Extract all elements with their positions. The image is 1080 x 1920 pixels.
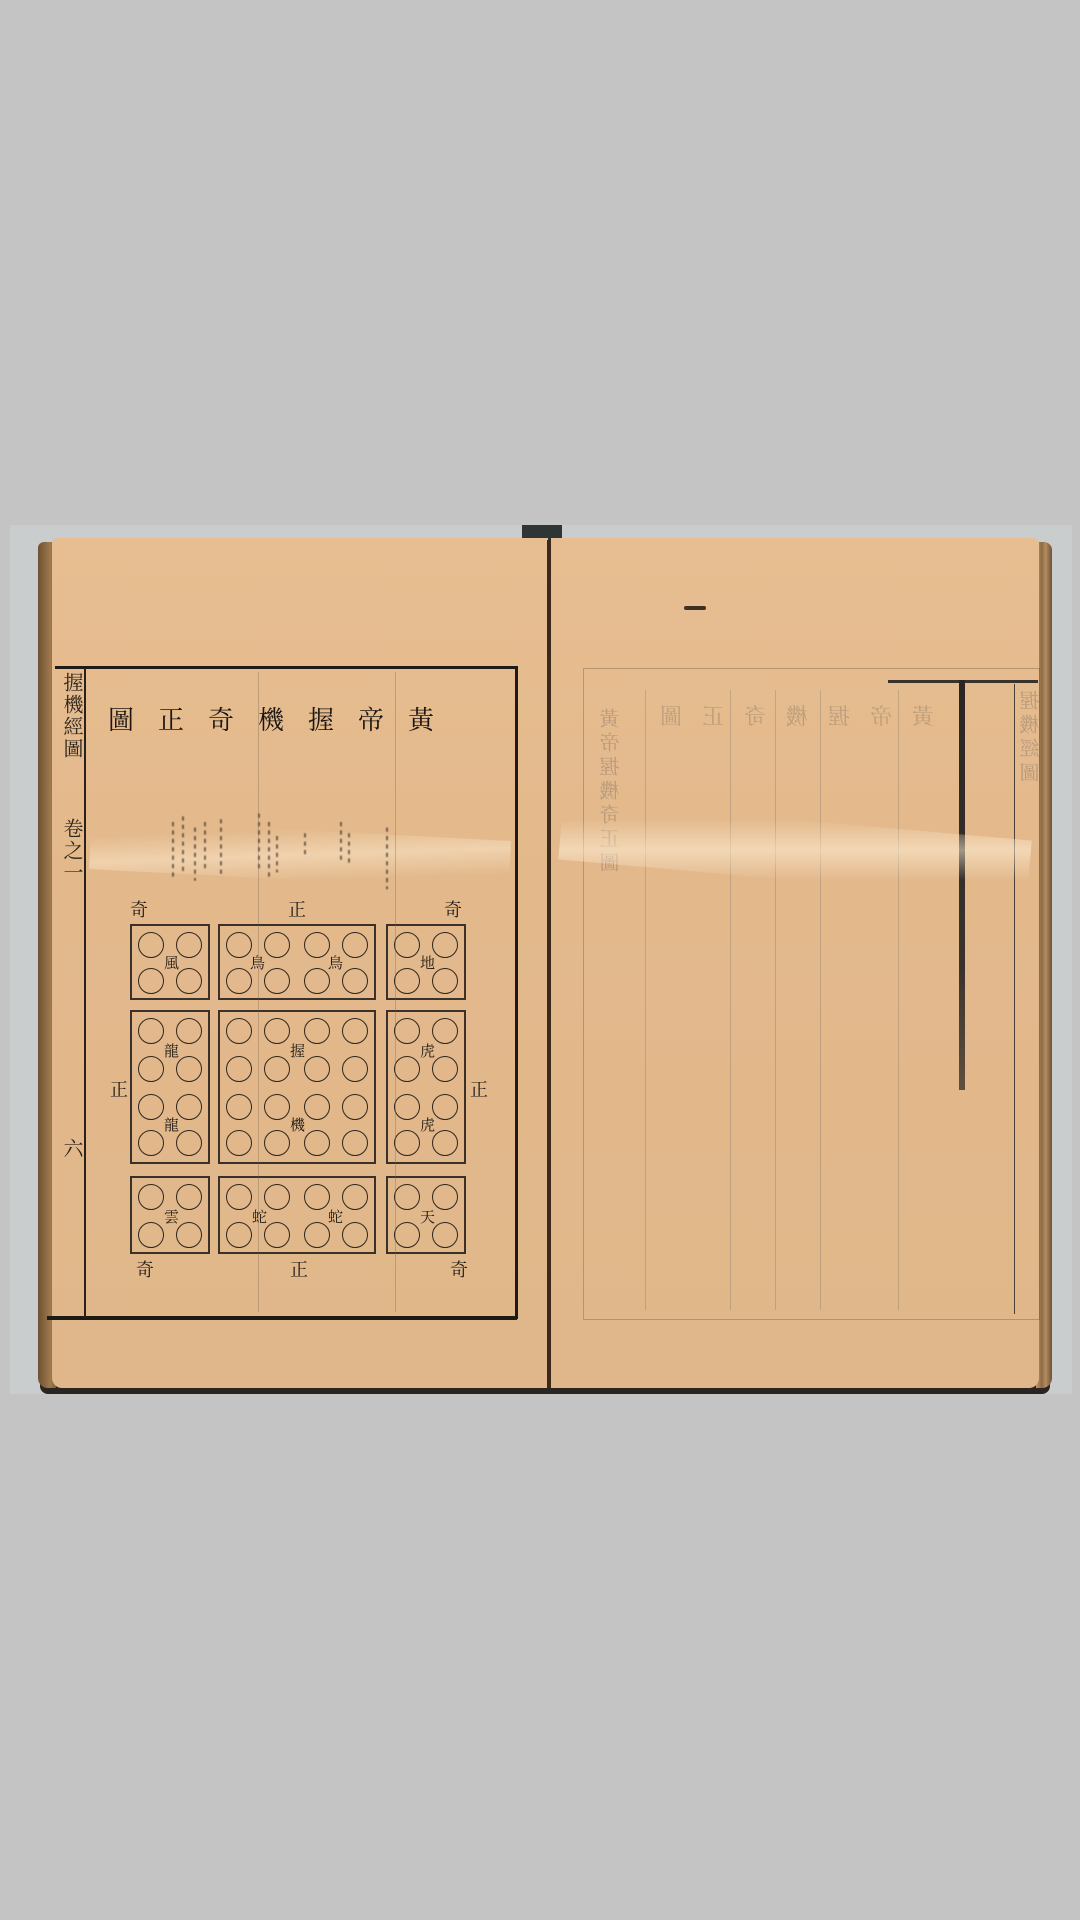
formation-block-command: 握 機 (218, 1010, 376, 1164)
formation-block-heaven: 天 (386, 1176, 466, 1254)
label-middle-right: 正 (470, 1076, 488, 1102)
block-label: 雲 (164, 1206, 179, 1227)
formation-block-tiger: 虎 虎 (386, 1010, 466, 1164)
bleed-through-title: 黃帝握機奇正圖 (640, 700, 934, 731)
block-label: 蛇 (328, 1206, 343, 1227)
ruling-line (898, 690, 899, 1310)
ruling-line (395, 672, 396, 1312)
label-bottom-left: 奇 (136, 1256, 154, 1282)
block-label: 虎 (420, 1040, 435, 1061)
block-label: 風 (164, 952, 179, 973)
label-bottom-right: 奇 (450, 1256, 468, 1282)
bleed-through-frame (583, 668, 1040, 1320)
block-label: 虎 (420, 1114, 435, 1135)
bleed-through-margin: 握機經圖 (1016, 690, 1045, 786)
block-label: 機 (290, 1114, 305, 1135)
label-bottom-center: 正 (290, 1256, 308, 1282)
frame-thin-vertical (1014, 684, 1015, 1314)
ruling-line (258, 672, 259, 1312)
ink-smudge (684, 606, 706, 610)
block-label: 龍 (164, 1114, 179, 1135)
label-top-center: 正 (288, 896, 306, 922)
label-top-right: 奇 (444, 896, 462, 922)
margin-volume: 卷之一 (60, 818, 84, 884)
formation-block-snake: 蛇 蛇 (218, 1176, 376, 1254)
label-middle-left: 正 (110, 1076, 128, 1102)
label-top-left: 奇 (130, 896, 148, 922)
block-label: 鳥 (328, 952, 343, 973)
formation-block-cloud: 雲 (130, 1176, 210, 1254)
formation-block-wind: 風 (130, 924, 210, 1000)
ruling-line (645, 690, 646, 1310)
block-label: 蛇 (252, 1206, 267, 1227)
ruling-line (730, 690, 731, 1310)
print-frame-bottom (47, 1316, 517, 1320)
block-label: 龍 (164, 1040, 179, 1061)
margin-page-number: 六 (60, 1138, 84, 1160)
block-label: 握 (290, 1040, 305, 1061)
margin-book-title: 握機經圖 (60, 672, 84, 760)
faded-print-marks (165, 808, 395, 892)
ruling-line (775, 690, 776, 1310)
ruling-line (820, 690, 821, 1310)
margin-column-line (84, 668, 86, 1318)
formation-block-earth: 地 (386, 924, 466, 1000)
formation-block-dragon: 龍 龍 (130, 1010, 210, 1164)
faded-marks-icon (165, 808, 395, 892)
book-spine (547, 540, 551, 1388)
block-label: 地 (420, 952, 435, 973)
block-label: 天 (420, 1206, 435, 1227)
formation-block-bird: 鳥 鳥 (218, 924, 376, 1000)
page-title: 黃帝握機奇正圖 (148, 700, 458, 737)
